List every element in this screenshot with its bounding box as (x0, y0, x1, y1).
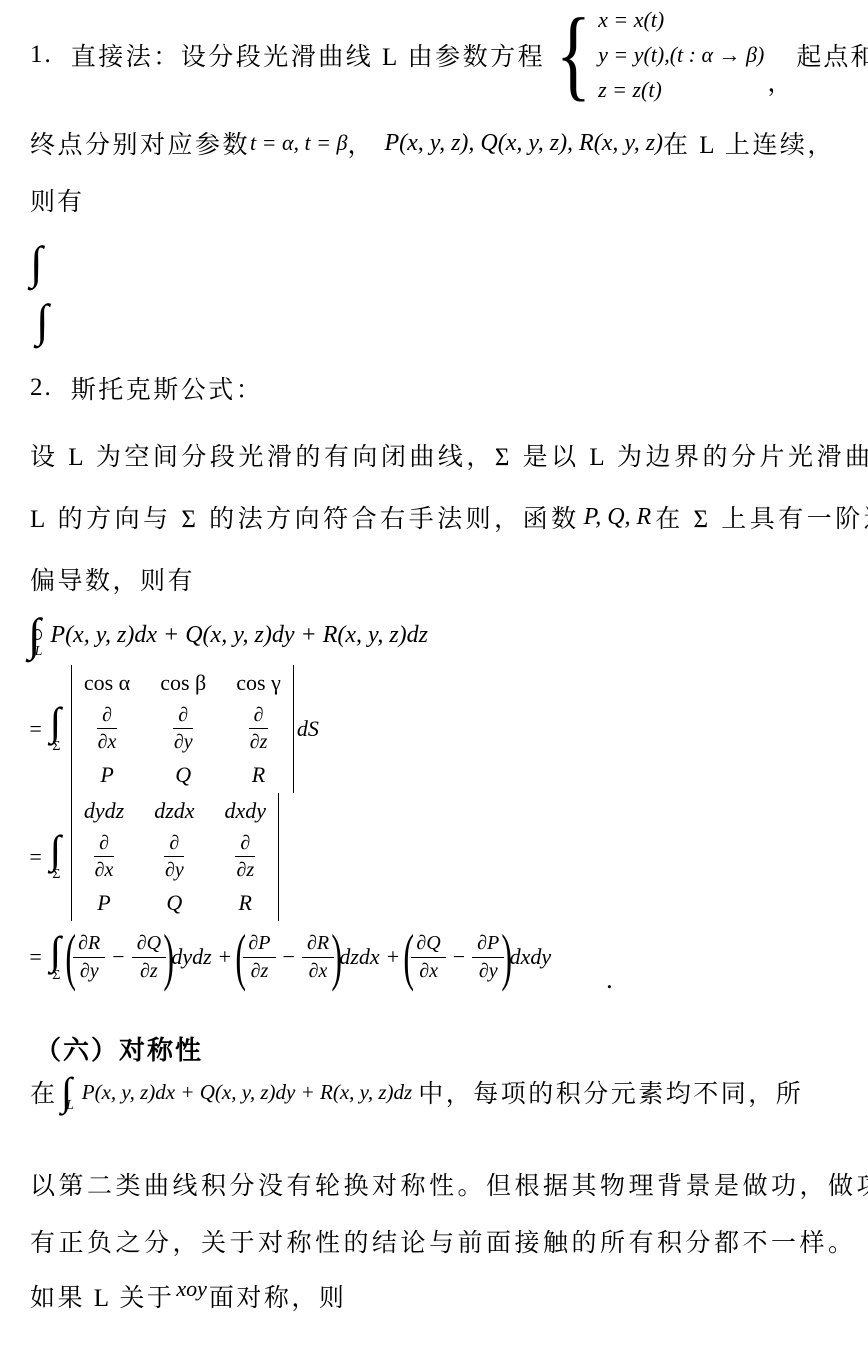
frac-num: ∂ (173, 704, 193, 729)
para4-math-xoy: xoy (176, 1276, 207, 1302)
frac-den: ∂y (173, 729, 193, 753)
partial-frac: ∂Q∂z (132, 932, 166, 982)
det2-cell: dzdx (154, 798, 194, 824)
section6-para1: 在 ∫ L P(x, y, z)dx + Q(x, y, z)dy + R(x,… (30, 1072, 803, 1112)
left-brace: { (556, 5, 591, 105)
det1-cell: cos β (160, 670, 206, 696)
formula1-lineA: ∫ (30, 240, 45, 286)
stokes-para-line1: 设 L 为空间分段光滑的有向闭曲线，Σ 是以 L 为边界的分片光滑曲面， (30, 437, 868, 473)
frac-den: ∂y (164, 857, 184, 881)
integral-sub: L (35, 644, 43, 660)
det1-cell: P (100, 762, 113, 788)
frac-num: ∂Q (411, 932, 445, 957)
minus-sign: − (453, 944, 465, 970)
stokes-det2-line: = ∫∫ Σ dydz dzdx dxdy ∂∂x ∂∂y ∂∂z P Q R (28, 793, 282, 921)
item1-line2: 终点分别对应参数 t = α, t = β ， P(x, y, z), Q(x,… (30, 118, 835, 168)
partial-frac: ∂∂y (164, 832, 184, 882)
frac-num: ∂P (243, 932, 275, 957)
stokes-para2-post: 在 Σ 上具有一阶连续 (655, 499, 868, 535)
big-rparen: ) (502, 928, 513, 986)
frac-den: ∂z (243, 958, 275, 982)
stokes-expanded-line: = ∫∫ Σ ( ∂R∂y − ∂Q∂z ) dydz + ( ∂P∂z − ∂… (28, 928, 613, 986)
stokes-line1: P(x, y, z)dx + Q(x, y, z)dy + R(x, y, z)… (50, 622, 428, 649)
line2-math1: t = α, t = β (250, 130, 347, 156)
item1-intro: 直接法：设分段光滑曲线 L 由参数方程 (71, 37, 545, 73)
line2-math2: P(x, y, z), Q(x, y, z), R(x, y, z) (384, 130, 663, 157)
det1-cell: Q (175, 762, 191, 788)
item2-title: 斯托克斯公式： (71, 370, 264, 406)
formula1-lineB: ∫ (30, 294, 52, 348)
det1-matrix: cos α cos β cos γ ∂∂x ∂∂y ∂∂z P Q R (71, 665, 294, 793)
frac-num: ∂ (249, 704, 269, 729)
sigma-under: Σ (52, 867, 60, 883)
big-rparen: ) (163, 928, 174, 986)
partial-frac: ∂R∂y (73, 932, 105, 982)
system-comma: ， (767, 63, 794, 99)
line2-pre: 终点分别对应参数 (30, 125, 250, 161)
double-integral-sigma: ∫∫ Σ (50, 702, 63, 755)
item1-number: 1. (30, 41, 53, 69)
partial-frac: ∂∂x (94, 832, 114, 882)
partial-frac: ∂∂z (235, 832, 255, 882)
big-lparen: ( (65, 928, 76, 986)
para1-post: 中，每项的积分元素均不同，所 (418, 1074, 803, 1110)
integral-sub: L (66, 1098, 74, 1114)
sigma-under: Σ (52, 739, 60, 755)
then-have-label: 则有 (30, 182, 84, 218)
det2-cell: Q (166, 890, 182, 916)
term-differential: dzdx (339, 944, 379, 970)
integral-L: ∫ L (61, 1072, 78, 1112)
det1-cell: R (252, 762, 265, 788)
section6-para2: 以第二类曲线积分没有轮换对称性。但根据其物理背景是做功，做功 (30, 1166, 868, 1202)
det2-cell: P (97, 890, 110, 916)
para2-text: 以第二类曲线积分没有轮换对称性。但根据其物理背景是做功，做功 (30, 1166, 868, 1202)
frac-num: ∂ (94, 832, 114, 857)
section6-para3: 有正负之分，关于对称性的结论与前面接触的所有积分都不一样。 (30, 1223, 857, 1259)
frac-num: ∂R (73, 932, 105, 957)
stokes-para1: 设 L 为空间分段光滑的有向闭曲线，Σ 是以 L 为边界的分片光滑曲面， (30, 437, 868, 473)
item2-heading: 2. 斯托克斯公式： (30, 370, 263, 406)
det2-cell: dxdy (225, 798, 267, 824)
item2-number: 2. (30, 374, 53, 402)
line2-comma: ， (347, 125, 374, 161)
term-differential: dydz (171, 944, 211, 970)
partial-frac: ∂∂x (97, 704, 117, 754)
double-integral-sigma: ∫∫ Σ (50, 830, 63, 883)
sigma-under: Σ (52, 968, 60, 984)
partial-frac: ∂∂y (173, 704, 193, 754)
frac-den: ∂y (472, 958, 504, 982)
det2-cell: dydz (84, 798, 124, 824)
stokes-para-line3: 偏导数，则有 (30, 561, 195, 597)
partial-frac: ∂∂z (249, 704, 269, 754)
line2-post: 在 L 上连续， (663, 125, 835, 161)
partial-frac: ∂P∂y (472, 932, 504, 982)
minus-sign: − (283, 944, 295, 970)
integral-icon: ∫ (30, 240, 43, 286)
frac-num: ∂ (164, 832, 184, 857)
closed-integral-L: ∫ L (28, 612, 46, 658)
partial-frac: ∂Q∂x (411, 932, 445, 982)
item1-line1: 1. 直接法：设分段光滑曲线 L 由参数方程 { x = x(t) y = y(… (30, 2, 868, 108)
para3-text: 有正负之分，关于对称性的结论与前面接触的所有积分都不一样。 (30, 1223, 857, 1259)
document-page: 1. 直接法：设分段光滑曲线 L 由参数方程 { x = x(t) y = y(… (0, 0, 868, 1348)
dS-suffix: dS (297, 716, 319, 742)
item1-line3: 则有 (30, 182, 84, 218)
para4-pre: 如果 L 关于 (30, 1278, 174, 1314)
double-integral-sigma: ∫∫ Σ (50, 931, 63, 984)
equals-sign: = (28, 716, 43, 742)
det2-cell: R (239, 890, 252, 916)
para1-pre: 在 (30, 1074, 57, 1110)
big-lparen: ( (403, 928, 414, 986)
stokes-para2-pre: L 的方向与 Σ 的法方向符合右手法则，函数 (30, 499, 580, 535)
frac-num: ∂P (472, 932, 504, 957)
det2-matrix: dydz dzdx dxdy ∂∂x ∂∂y ∂∂z P Q R (71, 793, 279, 921)
plus-sign: + (219, 944, 231, 970)
big-lparen: ( (235, 928, 246, 986)
stokes-para-line2: L 的方向与 Σ 的法方向符合右手法则，函数 P, Q, R 在 Σ 上具有一阶… (30, 499, 868, 535)
para1-math: P(x, y, z)dx + Q(x, y, z)dy + R(x, y, z)… (82, 1080, 412, 1105)
frac-den: ∂z (132, 958, 166, 982)
double-integral-icon: ∫∫ (50, 702, 63, 742)
sentence-period: . (606, 974, 613, 986)
stokes-para3: 偏导数，则有 (30, 561, 195, 597)
integral-L: ∫ (30, 240, 41, 286)
minus-sign: − (112, 944, 124, 970)
item1-suffix: 起点和 (796, 37, 868, 73)
frac-den: ∂x (302, 958, 334, 982)
system-equations: x = x(t) y = y(t),(t : α → β) z = z(t) (598, 7, 764, 103)
para4-post: 面对称，则 (209, 1278, 347, 1314)
partial-frac: ∂P∂z (243, 932, 275, 982)
double-integral-icon: ∫∫ (50, 830, 63, 870)
frac-den: ∂x (94, 857, 114, 881)
section6-para4: 如果 L 关于 xoy 面对称，则 (30, 1278, 346, 1314)
double-integral-icon: ∫∫ (50, 931, 63, 971)
term-differential: dxdy (510, 944, 552, 970)
frac-num: ∂ (235, 832, 255, 857)
big-rparen: ) (331, 928, 342, 986)
equals-sign: = (28, 844, 43, 870)
section6-heading: （六）对称性 (35, 1030, 203, 1067)
section6-title: （六）对称性 (35, 1030, 203, 1067)
stokes-para2-math: P, Q, R (584, 504, 652, 531)
frac-num: ∂R (302, 932, 334, 957)
partial-frac: ∂R∂x (302, 932, 334, 982)
frac-den: ∂x (97, 729, 117, 753)
frac-den: ∂y (73, 958, 105, 982)
frac-num: ∂Q (132, 932, 166, 957)
system-eq-z: z = z(t) (598, 77, 764, 103)
frac-den: ∂z (249, 729, 269, 753)
stokes-oint-line: ∫ L P(x, y, z)dx + Q(x, y, z)dy + R(x, y… (28, 612, 428, 658)
oint-circle-icon (33, 629, 42, 640)
stokes-det1-line: = ∫∫ Σ cos α cos β cos γ ∂∂x ∂∂y ∂∂z P Q… (28, 665, 319, 793)
system-eq-x: x = x(t) (598, 7, 764, 33)
det1-cell: cos α (84, 670, 130, 696)
frac-num: ∂ (97, 704, 117, 729)
det1-cell: cos γ (236, 670, 281, 696)
frac-den: ∂z (235, 857, 255, 881)
frac-den: ∂x (411, 958, 445, 982)
integral-icon: ∫ (36, 298, 49, 344)
system-eq-y: y = y(t),(t : α → β) (598, 42, 764, 68)
parametric-system: { x = x(t) y = y(t),(t : α → β) z = z(t)… (549, 5, 764, 105)
integral-alpha-beta: ∫ (36, 294, 48, 348)
plus-sign: + (387, 944, 399, 970)
equals-sign: = (28, 944, 43, 970)
